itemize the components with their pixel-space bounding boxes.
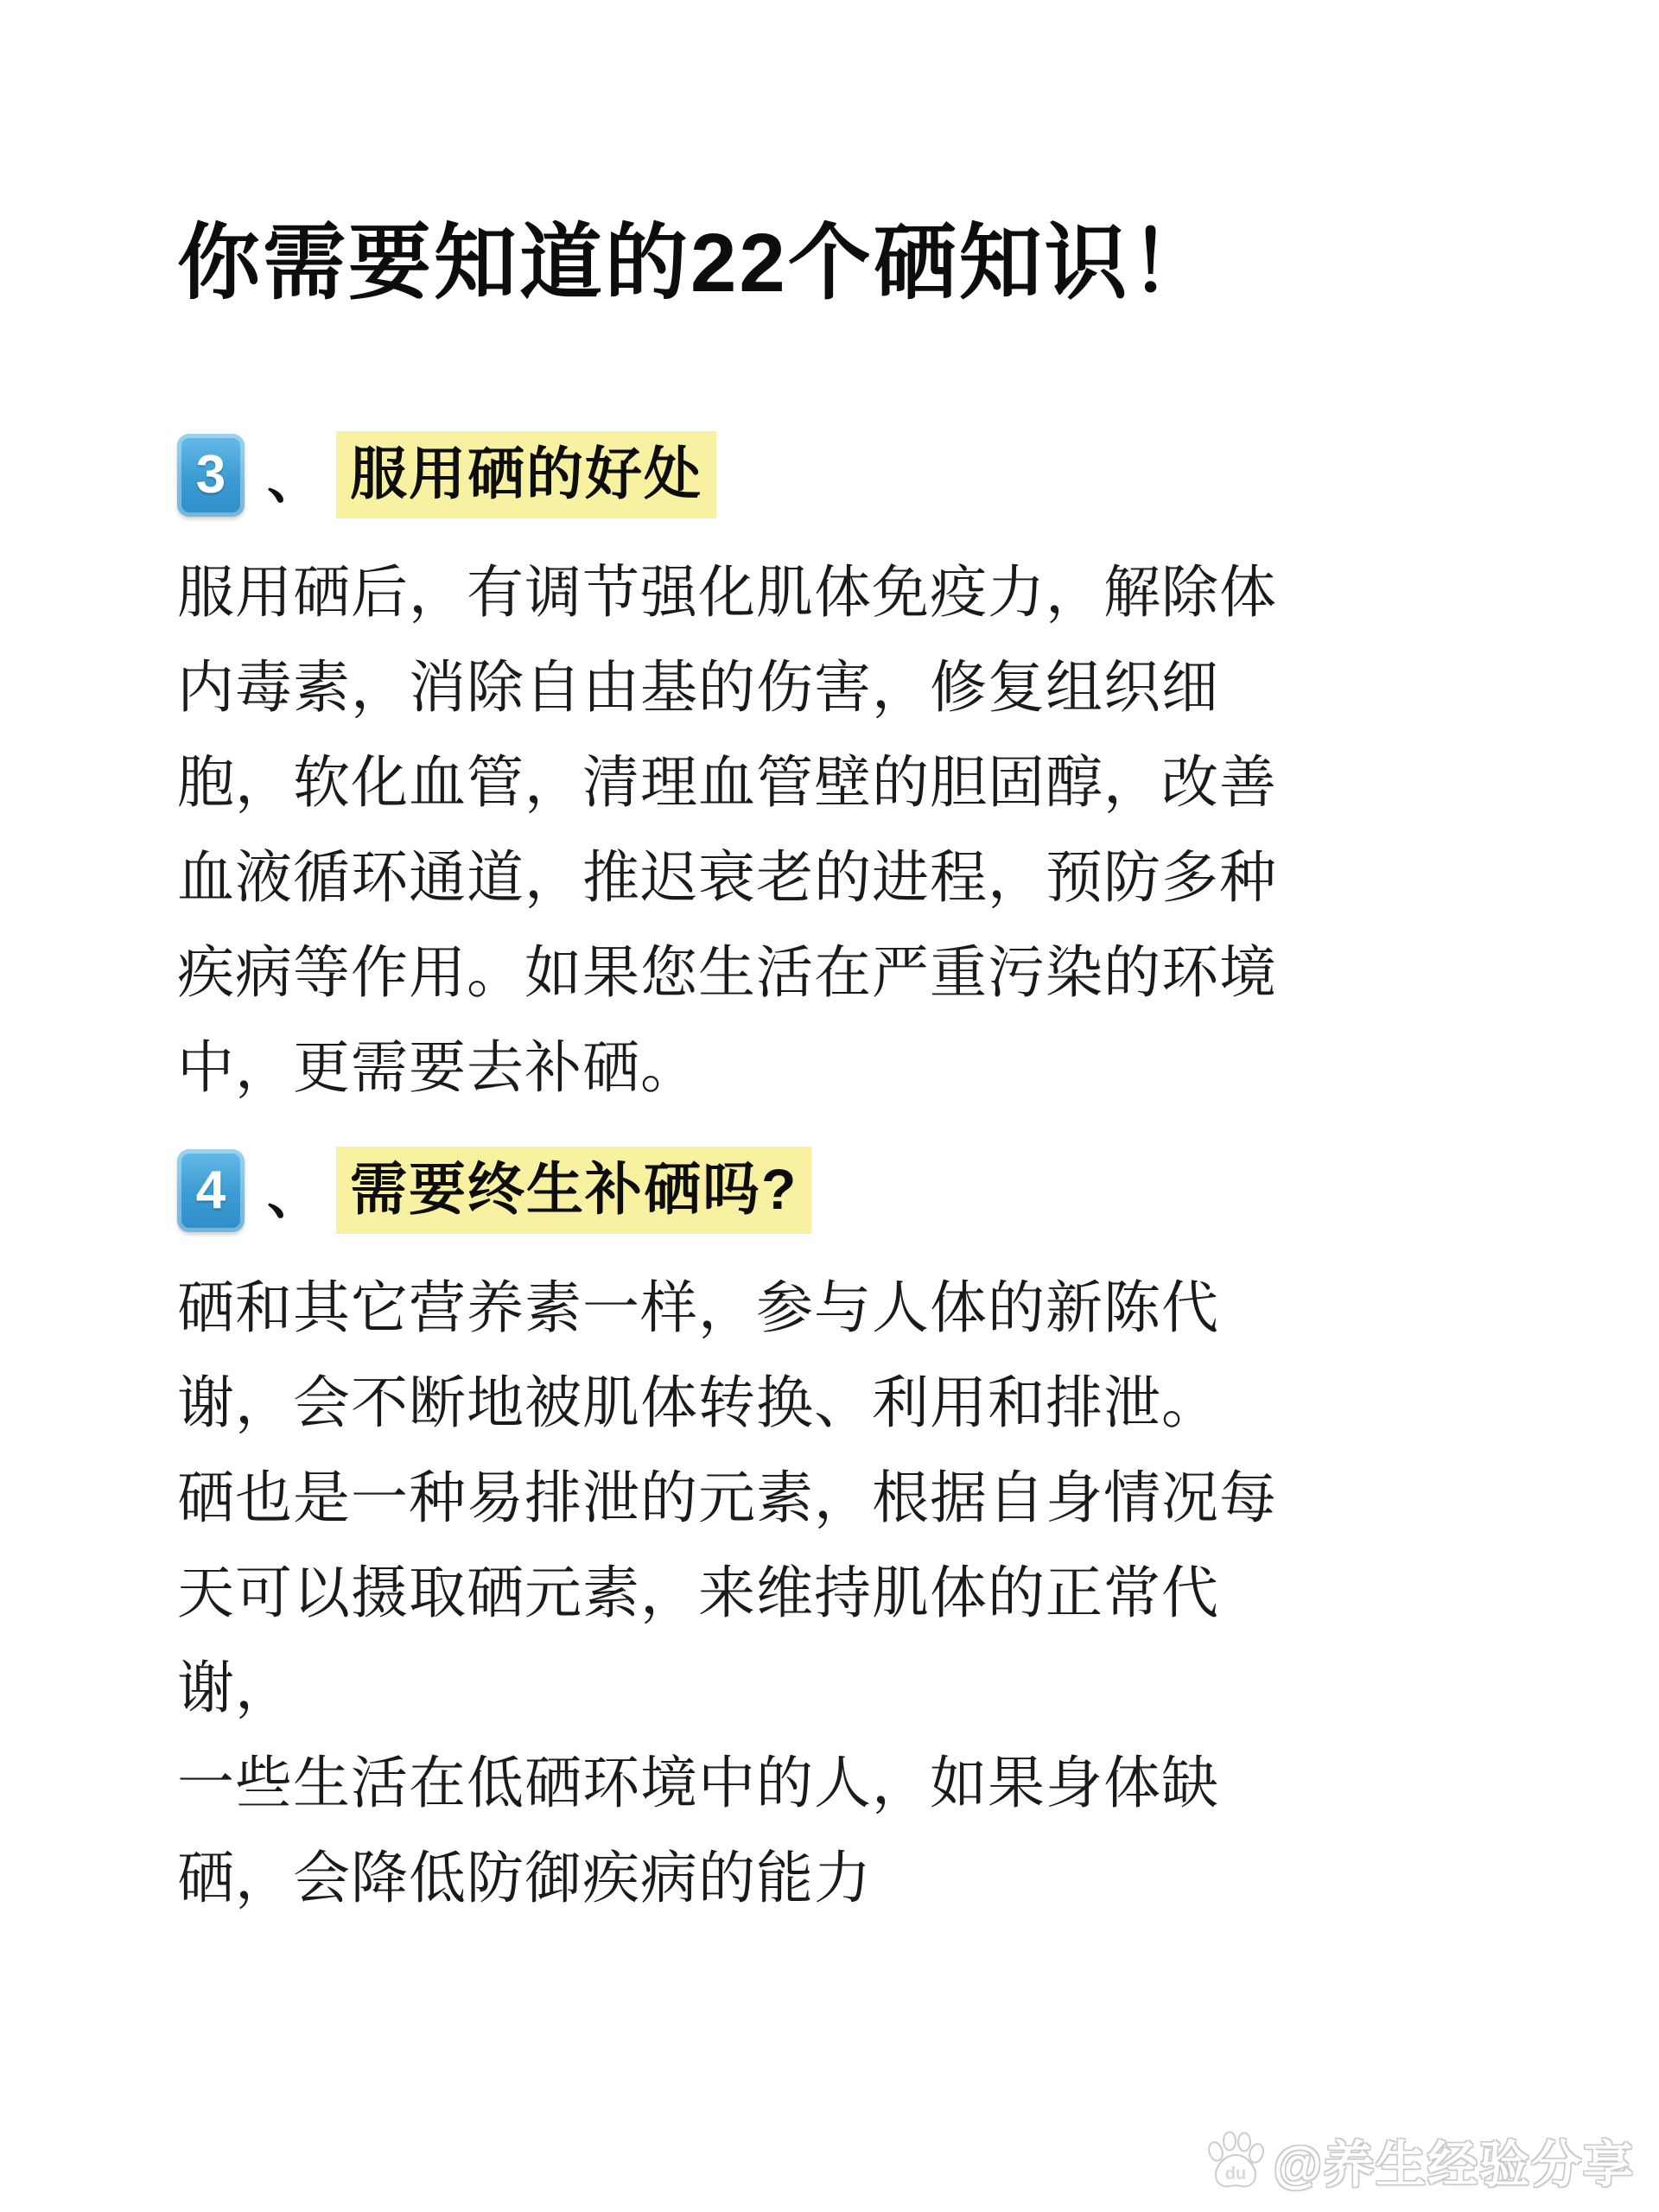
section-heading-text: 服用硒的好处	[336, 431, 716, 518]
body-line: 疾病等作用。如果您生活在严重污染的环境	[177, 925, 1499, 1020]
section-heading: 4 、 需要终生补硒吗?	[177, 1146, 1499, 1236]
body-line: 谢，会不断地被肌体转换、利用和排泄。	[177, 1355, 1499, 1450]
body-line: 硒和其它营养素一样，参与人体的新陈代	[177, 1260, 1499, 1355]
body-line: 一些生活在低硒环境中的人，如果身体缺	[177, 1735, 1499, 1830]
body-line: 硒也是一种易排泄的元素，根据自身情况每	[177, 1450, 1499, 1545]
page-title: 你需要知道的22个硒知识！	[177, 218, 1499, 309]
section-benefits: 3 、 服用硒的好处 服用硒后，有调节强化肌体免疫力，解除体 内毒素，消除自由基…	[177, 430, 1499, 1115]
section-lifelong-supplement: 4 、 需要终生补硒吗? 硒和其它营养素一样，参与人体的新陈代 谢，会不断地被肌…	[177, 1146, 1499, 1925]
body-line: 胞，软化血管，清理血管壁的胆固醇，改善	[177, 734, 1499, 829]
body-line: 谢，	[177, 1640, 1499, 1735]
heading-separator: 、	[267, 1152, 321, 1229]
watermark-text: @养生经验分享	[1273, 2124, 1635, 2196]
section-heading-text: 需要终生补硒吗?	[336, 1147, 811, 1234]
keycap-4-icon: 4	[177, 1149, 245, 1232]
watermark: du @养生经验分享	[1204, 2124, 1635, 2196]
content-column: 你需要知道的22个硒知识！ 3 、 服用硒的好处 服用硒后，有调节强化肌体免疫力…	[177, 218, 1499, 1956]
knowledge-card-page: 你需要知道的22个硒知识！ 3 、 服用硒的好处 服用硒后，有调节强化肌体免疫力…	[0, 0, 1659, 2212]
body-line: 硒，会降低防御疾病的能力	[177, 1830, 1499, 1925]
section-body: 服用硒后，有调节强化肌体免疫力，解除体 内毒素，消除自由基的伤害，修复组织细 胞…	[177, 544, 1499, 1115]
body-line: 内毒素，消除自由基的伤害，修复组织细	[177, 639, 1499, 734]
section-heading: 3 、 服用硒的好处	[177, 430, 1499, 520]
body-line: 血液循环通道，推迟衰老的进程，预防多种	[177, 829, 1499, 925]
keycap-3-icon: 3	[177, 434, 245, 517]
heading-separator: 、	[267, 436, 321, 513]
baidu-paw-icon: du	[1204, 2129, 1268, 2191]
body-line: 天可以摄取硒元素，来维持肌体的正常代	[177, 1545, 1499, 1640]
baidu-du-label: du	[1225, 2164, 1246, 2183]
body-line: 中，更需要去补硒。	[177, 1020, 1499, 1115]
body-line: 服用硒后，有调节强化肌体免疫力，解除体	[177, 544, 1499, 639]
section-body: 硒和其它营养素一样，参与人体的新陈代 谢，会不断地被肌体转换、利用和排泄。 硒也…	[177, 1260, 1499, 1925]
